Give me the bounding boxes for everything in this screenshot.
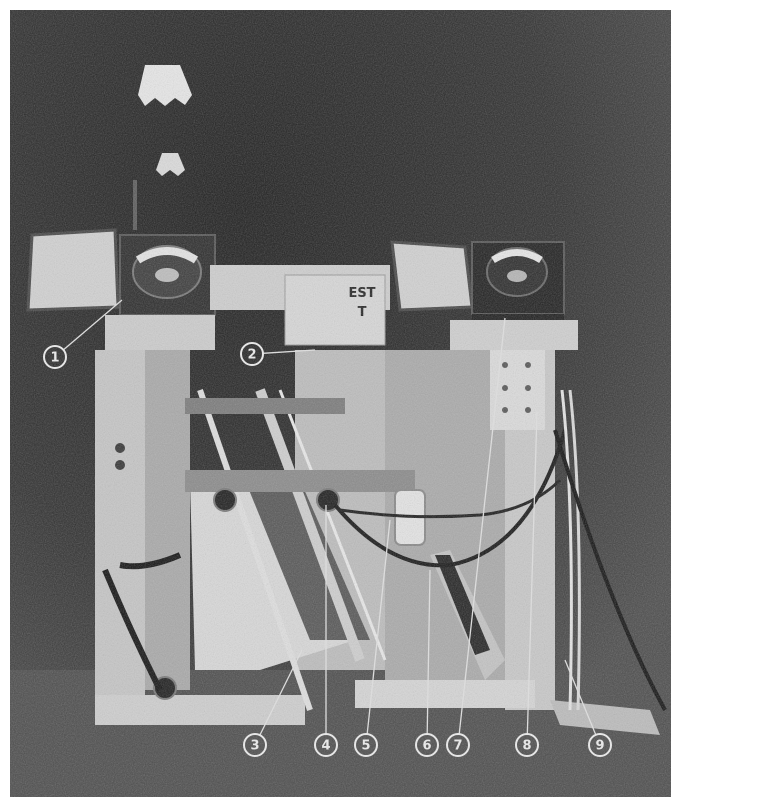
callout-label: 5 bbox=[361, 739, 370, 754]
callout-label: 1 bbox=[50, 351, 59, 366]
callout-label: 7 bbox=[453, 739, 462, 754]
callout-label: 3 bbox=[250, 739, 259, 754]
film-grain bbox=[10, 10, 671, 797]
photo-scene: EST T bbox=[10, 10, 671, 797]
callout-label: 4 bbox=[321, 739, 330, 754]
photograph: EST T bbox=[10, 10, 671, 797]
callout-label: 8 bbox=[522, 739, 531, 754]
callout-label: 9 bbox=[595, 739, 604, 754]
callout-label: 6 bbox=[422, 739, 431, 754]
callout-label: 2 bbox=[247, 348, 256, 363]
